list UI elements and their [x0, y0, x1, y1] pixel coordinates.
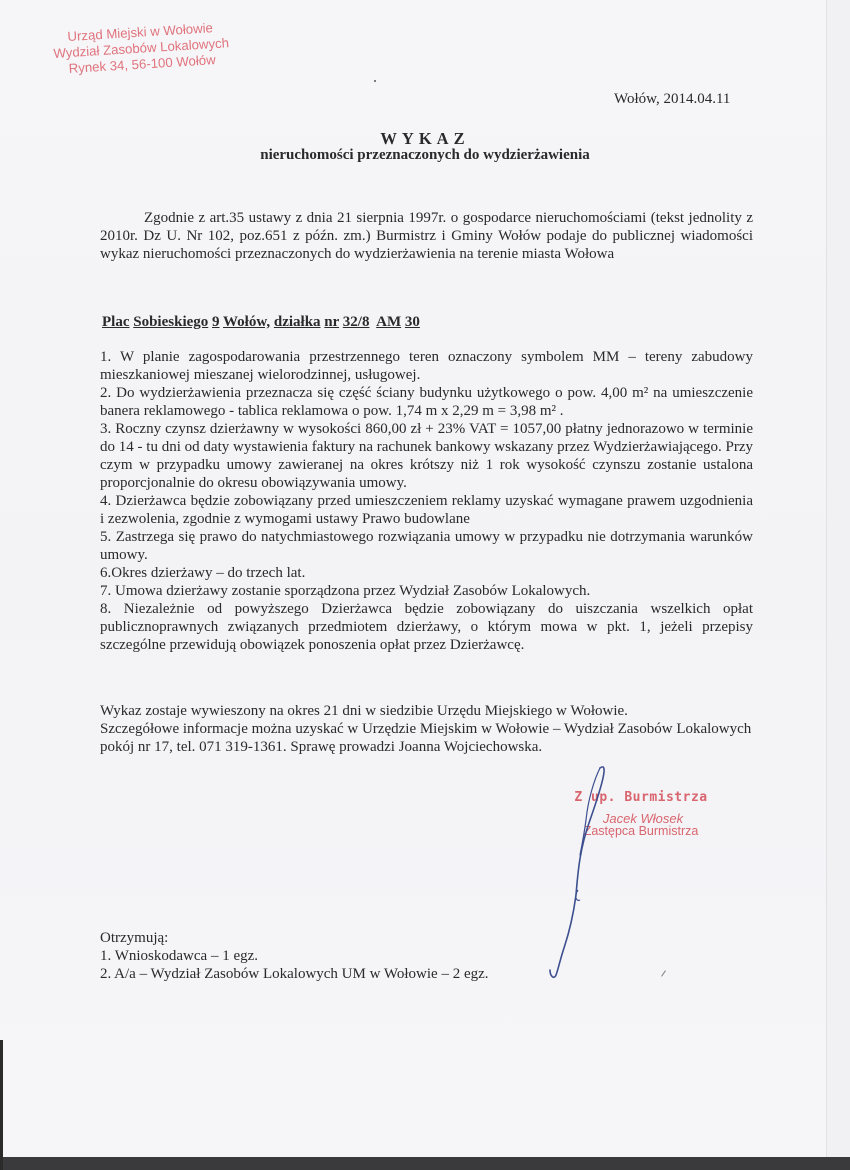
address-part: nr: [324, 314, 339, 330]
scan-edge-right: [826, 0, 850, 1170]
address-part: 32/8: [343, 314, 370, 330]
address-part: Sobieskiego: [133, 314, 208, 330]
address-part: 30: [405, 314, 420, 330]
conditions-list: 1. W planie zagospodarowania przestrzenn…: [100, 348, 753, 654]
condition-item: 2. Do wydzierżawienia przeznacza się czę…: [100, 384, 753, 420]
condition-item: 1. W planie zagospodarowania przestrzenn…: [100, 348, 753, 384]
info-line: Szczegółowe informacje można uzyskać w U…: [100, 720, 753, 756]
recipient-item: 1. Wnioskodawca – 1 egz.: [100, 947, 489, 965]
address-part: Plac: [102, 314, 130, 330]
recipients-section: Otrzymują: 1. Wnioskodawca – 1 egz. 2. A…: [100, 929, 489, 983]
property-address: Plac Sobieskiego 9 Wołów, działka nr 32/…: [102, 314, 420, 331]
address-part: Wołów,: [223, 314, 270, 330]
scan-edge-bottom: [0, 1157, 850, 1170]
address-part: 9: [212, 314, 220, 330]
handwritten-signature-icon: [520, 760, 640, 990]
address-part: AM: [376, 314, 401, 330]
scan-speck: [374, 80, 376, 82]
intro-paragraph: Zgodnie z art.35 ustawy z dnia 21 sierpn…: [100, 209, 753, 263]
recipients-heading: Otrzymują:: [100, 929, 489, 947]
recipient-item: 2. A/a – Wydział Zasobów Lokalowych UM w…: [100, 965, 489, 983]
document-subtitle: nieruchomości przeznaczonych do wydzierż…: [0, 147, 850, 164]
condition-item: 4. Dzierżawca będzie zobowiązany przed u…: [100, 492, 753, 528]
condition-item: 3. Roczny czynsz dzierżawny w wysokości …: [100, 420, 753, 492]
document-date: Wołów, 2014.04.11: [614, 91, 730, 108]
info-section: Wykaz zostaje wywieszony na okres 21 dni…: [100, 702, 753, 756]
scan-edge-left: [0, 1040, 3, 1170]
condition-item: 5. Zastrzega się prawo do natychmiastowe…: [100, 528, 753, 564]
document-title: WYKAZ: [0, 129, 850, 149]
condition-item: 7. Umowa dzierżawy zostanie sporządzona …: [100, 582, 753, 600]
condition-item: 6.Okres dzierżawy – do trzech lat.: [100, 564, 753, 582]
info-line: Wykaz zostaje wywieszony na okres 21 dni…: [100, 702, 753, 720]
condition-item: 8. Niezależnie od powyższego Dzierżawca …: [100, 600, 753, 654]
address-part: działka: [274, 314, 321, 330]
